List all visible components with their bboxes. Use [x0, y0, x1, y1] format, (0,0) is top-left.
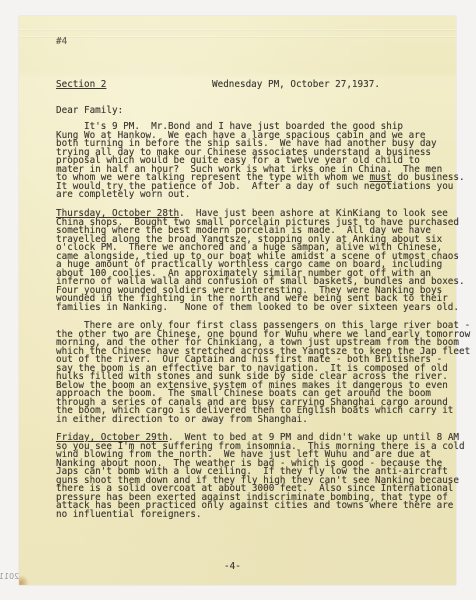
page-marker: #4 [56, 38, 67, 47]
section-heading: Section 2 [56, 81, 106, 90]
paper-fold [19, 29, 456, 31]
paragraph-1: It's 9 PM. Mr.Bond and I have just board… [56, 123, 465, 200]
paragraph-2: Thursday, October 28th. Have just been a… [56, 210, 465, 313]
line: in either direction to or away from Shan… [56, 414, 308, 425]
line: no influential foreigners. [56, 509, 202, 520]
dateline: Wednesday PM, October 27,1937. [212, 81, 380, 90]
line: are completely worn out. [56, 189, 190, 200]
line: families in Nanking. None of them looked… [56, 302, 459, 313]
paragraph-3: There are only four first class passenge… [56, 322, 470, 425]
page-number: -4- [224, 563, 241, 572]
paper-fold [19, 36, 456, 38]
scanned-page: #4 Section 2 Wednesday PM, October 27,19… [0, 0, 476, 600]
paragraph-4: Friday, October 29th. Went to bed at 9 P… [56, 434, 465, 519]
salutation: Dear Family: [56, 107, 123, 116]
archive-stamp: 2011.151.10386 [0, 572, 23, 581]
